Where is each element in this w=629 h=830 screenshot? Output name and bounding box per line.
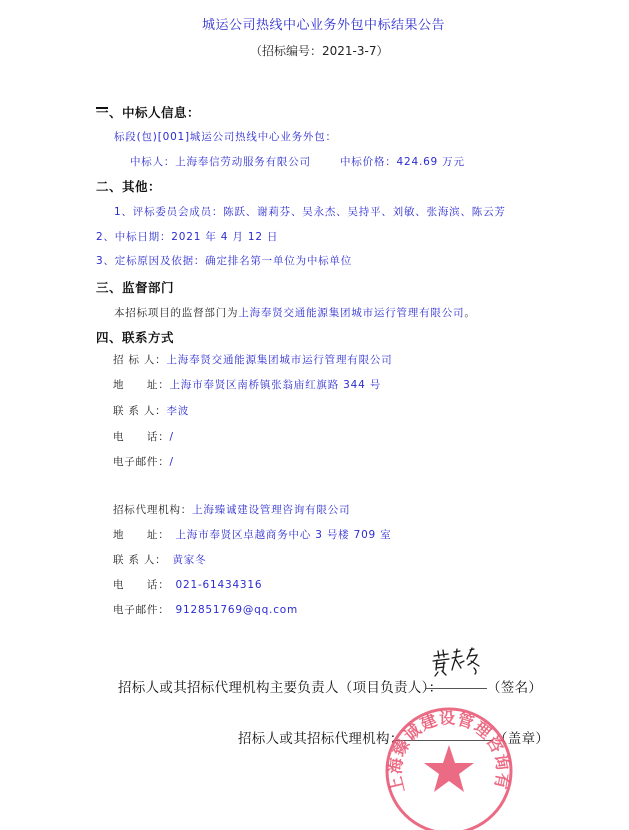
agency-email-row: 电子邮件：912851769@qq.com	[113, 602, 298, 617]
winner-value: 上海奉信劳动服务有限公司	[175, 156, 311, 168]
price-info: 中标价格：424.69 万元	[340, 154, 465, 169]
agency-name-label: 招标代理机构：	[113, 504, 192, 516]
tenderer-phone-label: 电 话：	[113, 431, 170, 443]
price-label: 中标价格：	[340, 156, 397, 168]
agency-contact-row: 联 系 人：黄家冬	[113, 552, 206, 567]
signatory-label: 招标人或其招标代理机构主要负责人（项目负责人）：	[118, 676, 442, 696]
tenderer-contact-value: 李波	[166, 405, 189, 417]
tenderer-email-value: /	[170, 456, 174, 468]
tender-number-text: （招标编号：2021-3-7）	[250, 44, 388, 58]
committee-members: 1、评标委员会成员：陈跃、谢莉芬、吴永杰、吴持平、刘敏、张海滨、陈云芳	[114, 204, 506, 219]
tenderer-contact-label: 联 系 人：	[113, 405, 166, 417]
tenderer-phone-row: 电 话：/	[113, 429, 174, 444]
company-seal-stamp: 上海臻诚建设管理咨询有限公司	[383, 705, 515, 830]
section-heading-supervision: 三、监督部门	[96, 278, 174, 296]
tenderer-name-label: 招 标 人：	[113, 354, 166, 366]
agency-contact-value: 黄家冬	[172, 554, 206, 566]
tenderer-address-row: 地 址：上海市奉贤区南桥镇张翁庙红旗路 344 号	[113, 377, 381, 392]
tenderer-address-value: 上海市奉贤区南桥镇张翁庙红旗路 344 号	[170, 379, 382, 391]
tenderer-name-row: 招 标 人：上海奉贤交通能源集团城市运行管理有限公司	[113, 352, 392, 367]
award-date: 2、中标日期：2021 年 4 月 12 日	[96, 229, 278, 244]
price-value: 424.69 万元	[397, 156, 465, 168]
tenderer-phone-value: /	[170, 431, 174, 443]
award-reason: 3、定标原因及依据：确定排名第一单位为中标单位	[96, 253, 352, 268]
tender-number: （招标编号：2021-3-7）	[250, 42, 388, 59]
supervision-prefix: 本招标项目的监督部门为	[114, 307, 238, 319]
seal-label: 招标人或其招标代理机构：	[238, 727, 404, 747]
agency-name-row: 招标代理机构：上海臻诚建设管理咨询有限公司	[113, 502, 350, 517]
tenderer-email-label: 电子邮件：	[113, 456, 170, 468]
agency-phone-value: 021-61434316	[176, 579, 263, 591]
supervision-org: 上海奉贤交通能源集团城市运行管理有限公司	[238, 307, 464, 319]
tenderer-contact-row: 联 系 人：李波	[113, 403, 189, 418]
tenderer-email-row: 电子邮件：/	[113, 454, 174, 469]
agency-contact-label: 联 系 人：	[113, 554, 166, 566]
agency-address-row: 地 址：上海市奉贤区卓越商务中心 3 号楼 709 室	[113, 527, 391, 542]
agency-address-label: 地 址：	[113, 529, 170, 541]
winner-info: 中标人：上海奉信劳动服务有限公司	[130, 154, 311, 169]
agency-name-value: 上海臻诚建设管理咨询有限公司	[192, 504, 350, 516]
supervision-text: 本招标项目的监督部门为上海奉贤交通能源集团城市运行管理有限公司。	[114, 305, 476, 320]
tenderer-address-label: 地 址：	[113, 379, 170, 391]
handwritten-signature	[430, 646, 490, 678]
section-heading-winner: 一、中标人信息：	[96, 103, 200, 121]
section-heading-contact: 四、联系方式	[96, 328, 174, 346]
agency-email-value: 912851769@qq.com	[176, 604, 299, 616]
agency-phone-label: 电 话：	[113, 579, 170, 591]
agency-phone-row: 电 话：021-61434316	[113, 577, 262, 592]
lot-info: 标段(包)[001]城运公司热线中心业务外包：	[114, 129, 337, 144]
page-title: 城运公司热线中心业务外包中标结果公告	[202, 14, 445, 33]
signature-suffix: （签名）	[487, 676, 542, 696]
winner-label: 中标人：	[130, 156, 175, 168]
agency-email-label: 电子邮件：	[113, 604, 170, 616]
tenderer-name-value: 上海奉贤交通能源集团城市运行管理有限公司	[166, 354, 392, 366]
agency-address-value: 上海市奉贤区卓越商务中心 3 号楼 709 室	[176, 529, 392, 541]
supervision-suffix: 。	[464, 307, 475, 319]
section-heading-other: 二、其他：	[96, 177, 161, 195]
